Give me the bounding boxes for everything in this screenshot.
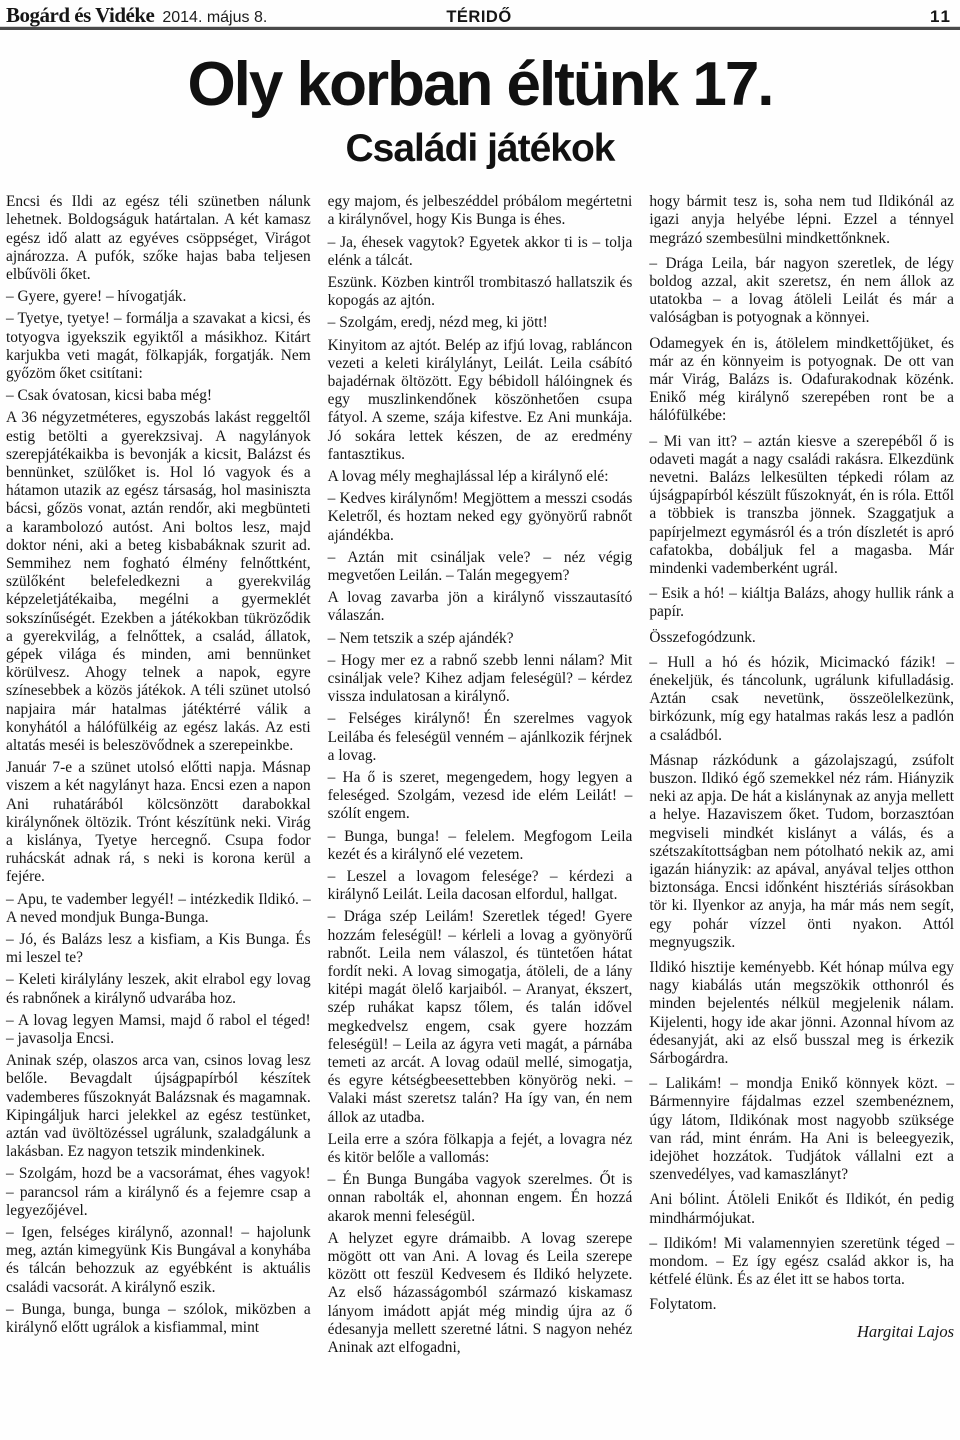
article-subtitle: Családi játékok bbox=[0, 127, 960, 171]
paragraph: – Drága Leila, bár nagyon szeretlek, de … bbox=[649, 255, 954, 328]
paragraph: – A lovag legyen Mamsi, majd ő rabol el … bbox=[6, 1012, 311, 1048]
masthead-left: Bogárd és Vidéke 2014. május 8. bbox=[6, 3, 446, 28]
paragraph: – Szolgám, hozd be a vacsorámat, éhes va… bbox=[6, 1165, 311, 1220]
paragraph: A 36 négyzetméteres, egyszobás lakást re… bbox=[6, 409, 311, 755]
paragraph: A helyzet egyre drámaibb. A lovag szerep… bbox=[328, 1230, 633, 1357]
article-body: Encsi és Ildi az egész téli szünetben ná… bbox=[0, 193, 960, 1423]
paragraph: – Tyetye, tyetye! – formálja a szavakat … bbox=[6, 310, 311, 383]
paragraph: – Hogy mer ez a rabnő szebb lenni nálam?… bbox=[328, 652, 633, 707]
paragraph: – Jó, és Balázs lesz a kisfiam, a Kis Bu… bbox=[6, 931, 311, 967]
column-1: Encsi és Ildi az egész téli szünetben ná… bbox=[6, 193, 311, 1423]
paragraph: – Keleti királylány leszek, akit elrabol… bbox=[6, 971, 311, 1007]
paragraph: – Gyere, gyere! – hívogatják. bbox=[6, 288, 311, 306]
paragraph: – Aztán mit csináljak vele? – néz végig … bbox=[328, 549, 633, 585]
paragraph: Odamegyek én is, átölelem mindkettőjüket… bbox=[649, 335, 954, 426]
page-header: Bogárd és Vidéke 2014. május 8. TÉRIDŐ 1… bbox=[0, 0, 960, 26]
paragraph: – Szolgám, eredj, nézd meg, ki jött! bbox=[328, 314, 633, 332]
issue-date: 2014. május 8. bbox=[162, 9, 267, 26]
paragraph: hogy bármit tesz is, soha nem tud Ildikó… bbox=[649, 193, 954, 248]
article-title: Oly korban éltünk 17. bbox=[0, 52, 960, 117]
paragraph: – Én Bunga Bungába vagyok szerelmes. Őt … bbox=[328, 1171, 633, 1226]
paragraph: Aninak szép, olaszos arca van, csinos lo… bbox=[6, 1052, 311, 1161]
paragraph: Másnap rázkódunk a gázolajszagú, zsúfolt… bbox=[649, 752, 954, 952]
paragraph: Összefogódzunk. bbox=[649, 629, 954, 647]
paragraph: Eszünk. Közben kintről trombitaszó halla… bbox=[328, 274, 633, 310]
column-3: hogy bármit tesz is, soha nem tud Ildikó… bbox=[649, 193, 954, 1423]
paragraph: – Felséges királynő! Én szerelmes vagyok… bbox=[328, 710, 633, 765]
paragraph: Leila erre a szóra fölkapja a fejét, a l… bbox=[328, 1131, 633, 1167]
paragraph: Ani bólint. Átöleli Enikőt és Ildikót, é… bbox=[649, 1191, 954, 1227]
paragraph: – Igen, felséges királynő, azonnal! – ha… bbox=[6, 1224, 311, 1297]
section-title: TÉRIDŐ bbox=[446, 8, 511, 27]
paragraph: egy majom, és jelbeszéddel próbálom megé… bbox=[328, 193, 633, 229]
page-number: 11 bbox=[512, 7, 952, 27]
paragraph: – Nem tetszik a szép ajándék? bbox=[328, 630, 633, 648]
author-signature: Hargitai Lajos bbox=[649, 1323, 954, 1341]
paragraph: A lovag zavarba jön a királynő visszauta… bbox=[328, 589, 633, 625]
paragraph: – Esik a hó! – kiáltja Balázs, ahogy hul… bbox=[649, 585, 954, 621]
newspaper-page: Bogárd és Vidéke 2014. május 8. TÉRIDŐ 1… bbox=[0, 0, 960, 1440]
newspaper-title: Bogárd és Vidéke bbox=[6, 3, 154, 27]
paragraph: Kinyitom az ajtót. Belép az ifjú lovag, … bbox=[328, 337, 633, 464]
paragraph: Ildikó hisztije keményebb. Két hónap múl… bbox=[649, 959, 954, 1068]
paragraph: – Drága szép Leilám! Szeretlek téged! Gy… bbox=[328, 908, 633, 1126]
paragraph: Folytatom. bbox=[649, 1296, 954, 1314]
paragraph: – Mi van itt? – aztán kiesve a szerepébő… bbox=[649, 433, 954, 579]
paragraph: – Ildikóm! Mi valamennyien szeretünk tég… bbox=[649, 1235, 954, 1290]
paragraph: – Csak óvatosan, kicsi baba még! bbox=[6, 387, 311, 405]
paragraph: – Leszel a lovagom felesége? – kérdezi a… bbox=[328, 868, 633, 904]
column-2: egy majom, és jelbeszéddel próbálom megé… bbox=[328, 193, 633, 1423]
paragraph: – Bunga, bunga! – felelem. Megfogom Leil… bbox=[328, 828, 633, 864]
paragraph: – Kedves királynőm! Megjöttem a messzi c… bbox=[328, 490, 633, 545]
paragraph: – Ha ő is szeret, megengedem, hogy legye… bbox=[328, 769, 633, 824]
paragraph: – Apu, te vadember legyél! – intézkedik … bbox=[6, 891, 311, 927]
paragraph: – Bunga, bunga, bunga – szólok, miközben… bbox=[6, 1301, 311, 1337]
paragraph: – Hull a hó és hózik, Micimackó fázik! –… bbox=[649, 654, 954, 745]
paragraph: – Lalikám! – mondja Enikő könnyek közt. … bbox=[649, 1075, 954, 1184]
paragraph: A lovag mély meghajlással lép a királynő… bbox=[328, 468, 633, 486]
paragraph: – Ja, éhesek vagytok? Egyetek akkor ti i… bbox=[328, 234, 633, 270]
paragraph: Encsi és Ildi az egész téli szünetben ná… bbox=[6, 193, 311, 284]
paragraph: Január 7-e a szünet utolsó előtti napja.… bbox=[6, 759, 311, 886]
